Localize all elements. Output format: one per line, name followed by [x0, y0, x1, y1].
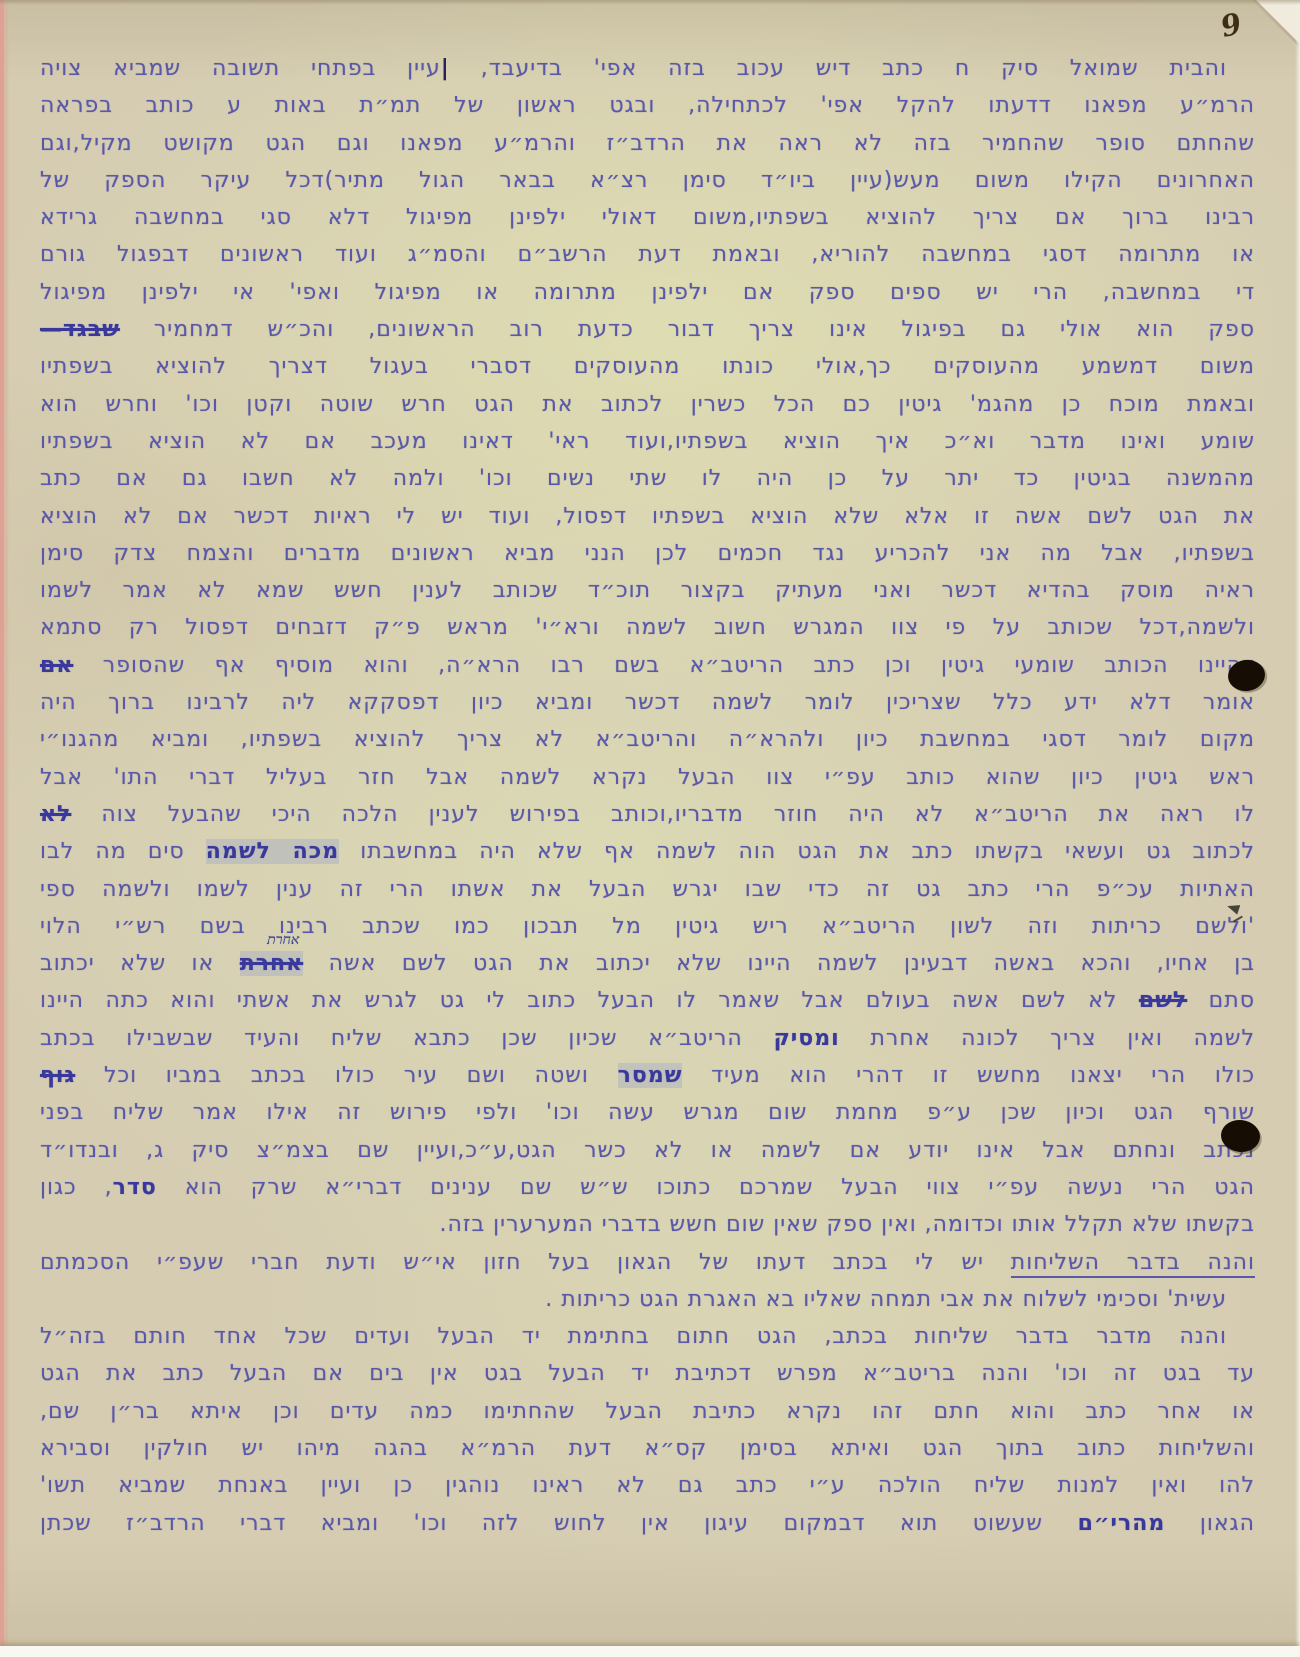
text-segment: שעשוט תוא דבמקום עיגון אין לחוש לזה וכו'… [40, 1511, 1078, 1536]
text-line: ולשמה,דכל שכותב על פי צוו המגרש חשוב לשמ… [40, 609, 1255, 646]
text-segment: די במחשבה, הרי יש ספים ספק אם ילפינן מתר… [40, 280, 1255, 305]
text-line: מהמשנה בגיטין כד יתר על כן היה לו שתי נש… [40, 460, 1255, 497]
text-line: שורף הגט וכיון שכן ע״פ מחמת שום מגרש עשה… [40, 1094, 1255, 1131]
text-segment: שהחתם סופר שהחמיר בזה לא ראה את הרדב״ז ו… [40, 131, 1255, 156]
document-lines: והבית שמואל סיק ח כתב דיש עכוב בזה אפי' … [40, 50, 1255, 1542]
text-segment: הריטב״א שכיון שכן כתבא שליח והעיד שבשביל… [40, 1026, 774, 1051]
text-segment: מהרי״ם [1078, 1511, 1166, 1536]
text-line: לו ראה את הריטב״א לא היה חוזר מדבריו,וכו… [40, 796, 1255, 833]
text-segment: דהיינו הכותב שומעי גיטין וכן כתב הריטב״א… [73, 653, 1255, 678]
text-segment: ובאמת מוכח כן מהגמ' גיטין כם הכל כשרין ל… [40, 392, 1255, 417]
text-segment: סדר [113, 1175, 157, 1200]
text-line: משום דמשמע מהעוסקים כך,אולי כונתו מהעוסק… [40, 348, 1255, 385]
text-segment: בן אחיו, והכא באשה דבעינן לשמה היינו שלא… [303, 951, 1255, 976]
text-segment: הגאון [1165, 1511, 1255, 1536]
text-segment: מכה לשמה [206, 839, 339, 864]
text-segment: האתיות עכ״פ הרי כתב גט זה כדי שבו יגרש ה… [40, 877, 1255, 902]
text-segment: יש לי בכתב דעתו של הגאון בעל חזון אי״ש ו… [40, 1250, 1011, 1275]
scanned-page: והבית שמואל סיק ח כתב דיש עכוב בזה אפי' … [0, 0, 1300, 1657]
text-segment: רבינו ברוך אם צריך להוציא בשפתיו,משום דא… [40, 205, 1255, 230]
page-corner-fold [1256, 0, 1300, 44]
text-segment: והשליחות כתוב בתוך הגט ואיתא בסימן קס״א … [40, 1436, 1255, 1461]
text-line: נכתב ונחתם אבל אינו יודע אם לשמה או לא כ… [40, 1132, 1255, 1169]
text-segment: גוף [40, 1063, 75, 1088]
text-segment: שבגד— [40, 317, 120, 342]
text-line: בקשתו שלא תקלל אותו וכדומה, ואין ספק שאי… [40, 1206, 1255, 1243]
text-line: להו ואין למנות שליח הולכה ע״י כתב גם לא … [40, 1467, 1255, 1504]
text-line: עשית' וסכימי לשלוח את אבי תמחה שאליו בא … [40, 1281, 1255, 1318]
text-segment: עד בגט זה וכו' והנה בריטב״א מפרש דכתיבת … [40, 1361, 1255, 1386]
text-segment: אם [40, 653, 73, 678]
text-segment: עשית' וסכימי לשלוח את אבי תמחה שאליו בא … [545, 1287, 1227, 1312]
text-line: 'ולשם כריתות וזה לשון הריטב״א ריש גיטין … [40, 908, 1255, 945]
text-segment: או שלא יכתוב [40, 951, 240, 976]
text-segment: ספק הוא אולי גם בפיגול אינו צריך דבור כד… [120, 317, 1255, 342]
text-segment: בקשתו שלא תקלל אותו וכדומה, ואין ספק שאי… [439, 1212, 1255, 1237]
text-line: האחרונים הקילו משום מעש(עיין ביו״ד סימן … [40, 162, 1255, 199]
text-segment: מקום לומר דסגי במחשבת כיון ולהרא״ה והריט… [40, 727, 1255, 752]
text-line: בשפתיו, אבל מה אני להכריע נגד חכמים לכן … [40, 535, 1255, 572]
text-line: או אחר כתב והוא חתם זהו נקרא כתיבת הבעל … [40, 1393, 1255, 1430]
text-segment: סתם [1187, 988, 1255, 1013]
text-segment: לא [40, 802, 71, 827]
text-segment: עיין בפתחי תשובה שמביא צויה [40, 56, 441, 81]
text-segment: , כגון [40, 1175, 113, 1200]
text-line: אומר דלא ידע כלל שצריכין לומר לשמה דכשר … [40, 684, 1255, 721]
text-segment: הגט הרי נעשה עפ״י צווי הבעל שמרכם כתוכו … [157, 1175, 1255, 1200]
text-segment: מהמשנה בגיטין כד יתר על כן היה לו שתי נש… [40, 466, 1255, 491]
scan-edge-top [0, 0, 1300, 5]
text-line: כולו הרי יצאנו מחשש זו דהרי הוא מעיד שמס… [40, 1057, 1255, 1094]
text-line: דהיינו הכותב שומעי גיטין וכן כתב הריטב״א… [40, 647, 1255, 684]
text-line: ראש גיטין כיון שהוא כותב עפ״י צוו הבעל נ… [40, 759, 1255, 796]
text-segment: ראש גיטין כיון שהוא כותב עפ״י צוו הבעל נ… [40, 765, 1255, 790]
page-number-annotation: 9 [1217, 6, 1245, 44]
text-segment: ומסיק [774, 1026, 840, 1051]
text-segment: את הגט לשם אשה זו אלא שלא הוציא בשפתיו ד… [40, 504, 1255, 529]
text-segment: אומר דלא ידע כלל שצריכין לומר לשמה דכשר … [40, 690, 1255, 715]
text-segment: כולו הרי יצאנו מחשש זו דהרי הוא מעיד [682, 1063, 1255, 1088]
text-segment: להו ואין למנות שליח הולכה ע״י כתב גם לא … [40, 1473, 1255, 1498]
text-segment: ולשמה,דכל שכותב על פי צוו המגרש חשוב לשמ… [40, 615, 1255, 640]
text-line: ראיה מוסק בהדיא דכשר ואני מעתיק בקצור תו… [40, 572, 1255, 609]
scan-edge-right [1295, 0, 1300, 1657]
text-segment: או אחר כתב והוא חתם זהו נקרא כתיבת הבעל … [40, 1399, 1255, 1424]
text-segment: לא לשם אשה בעולם אבל שאמר לו הבעל כתוב ל… [40, 988, 1139, 1013]
text-line: לשמה ואין צריך לכונה אחרת ומסיק הריטב״א … [40, 1020, 1255, 1057]
text-line: והנה בדבר השליחות יש לי בכתב דעתו של הגא… [40, 1244, 1255, 1281]
text-line: רבינו ברוך אם צריך להוציא בשפתיו,משום דא… [40, 199, 1255, 236]
text-segment: והבית שמואל סיק ח כתב דיש עכוב בזה אפי' … [450, 56, 1227, 81]
text-segment: והנה מדבר בדבר שליחות בכתב, הגט חתום בחת… [40, 1324, 1227, 1349]
text-line: את הגט לשם אשה זו אלא שלא הוציא בשפתיו ד… [40, 498, 1255, 535]
handwritten-correction: אחרת [267, 933, 299, 947]
text-segment: לכתוב גט ועשאי בקשתו כתב את הגט הוה לשמה… [339, 839, 1255, 864]
text-segment: 'ולשם כריתות וזה לשון הריטב״א ריש גיטין … [40, 914, 1255, 939]
text-segment: בשפתיו, אבל מה אני להכריע נגד חכמים לכן … [40, 541, 1255, 566]
text-segment: או מתרומה דסגי במחשבה להוריא, ובאמת דעת … [40, 242, 1255, 267]
text-line: מקום לומר דסגי במחשבת כיון ולהרא״ה והריט… [40, 721, 1255, 758]
text-segment: לו ראה את הריטב״א לא היה חוזר מדבריו,וכו… [71, 802, 1255, 827]
text-segment: אחרתאחרת [240, 951, 303, 976]
text-segment: שמסר [618, 1063, 683, 1088]
text-line: ספק הוא אולי גם בפיגול אינו צריך דבור כד… [40, 311, 1255, 348]
text-line: שומע ואינו מדבר וא״כ איך הוציא בשפתיו,וע… [40, 423, 1255, 460]
text-segment: משום דמשמע מהעוסקים כך,אולי כונתו מהעוסק… [40, 354, 1255, 379]
text-line: האתיות עכ״פ הרי כתב גט זה כדי שבו יגרש ה… [40, 871, 1255, 908]
scan-edge-left [0, 0, 9, 1657]
text-line: או מתרומה דסגי במחשבה להוריא, ובאמת דעת … [40, 236, 1255, 273]
text-segment: ראיה מוסק בהדיא דכשר ואני מעתיק בקצור תו… [40, 578, 1255, 603]
scan-edge-bottom [0, 1646, 1300, 1657]
text-line: הגאון מהרי״ם שעשוט תוא דבמקום עיגון אין … [40, 1505, 1255, 1542]
text-line: בן אחיו, והכא באשה דבעינן לשמה היינו שלא… [40, 945, 1255, 982]
text-line: סתם לשם לא לשם אשה בעולם אבל שאמר לו הבע… [40, 982, 1255, 1019]
text-line: הגט הרי נעשה עפ״י צווי הבעל שמרכם כתוכו … [40, 1169, 1255, 1206]
text-segment: נכתב ונחתם אבל אינו יודע אם לשמה או לא כ… [40, 1138, 1255, 1163]
text-segment: והנה בדבר השליחות [1011, 1250, 1255, 1278]
text-line: והבית שמואל סיק ח כתב דיש עכוב בזה אפי' … [40, 50, 1255, 87]
text-line: הרמ״ע מפאנו דדעתו להקל אפי' לכתחילה, ובג… [40, 87, 1255, 124]
text-segment: ושטה ושם עיר כולו בכתב במביו וכל [75, 1063, 617, 1088]
text-segment: שומע ואינו מדבר וא״כ איך הוציא בשפתיו,וע… [40, 429, 1255, 454]
text-segment: האחרונים הקילו משום מעש(עיין ביו״ד סימן … [40, 168, 1255, 193]
text-line: שהחתם סופר שהחמיר בזה לא ראה את הרדב״ז ו… [40, 125, 1255, 162]
text-segment: שורף הגט וכיון שכן ע״פ מחמת שום מגרש עשה… [40, 1100, 1255, 1125]
text-line: עד בגט זה וכו' והנה בריטב״א מפרש דכתיבת … [40, 1355, 1255, 1392]
text-segment: | [441, 56, 450, 81]
text-line: די במחשבה, הרי יש ספים ספק אם ילפינן מתר… [40, 274, 1255, 311]
text-segment: לשם [1139, 988, 1187, 1013]
text-line: והנה מדבר בדבר שליחות בכתב, הגט חתום בחת… [40, 1318, 1255, 1355]
text-segment: לשמה ואין צריך לכונה אחרת [840, 1026, 1255, 1051]
text-segment: סים מה לבו [40, 839, 206, 864]
text-line: ובאמת מוכח כן מהגמ' גיטין כם הכל כשרין ל… [40, 386, 1255, 423]
text-segment: הרמ״ע מפאנו דדעתו להקל אפי' לכתחילה, ובג… [40, 93, 1255, 118]
text-line: והשליחות כתוב בתוך הגט ואיתא בסימן קס״א … [40, 1430, 1255, 1467]
text-line: לכתוב גט ועשאי בקשתו כתב את הגט הוה לשמה… [40, 833, 1255, 870]
